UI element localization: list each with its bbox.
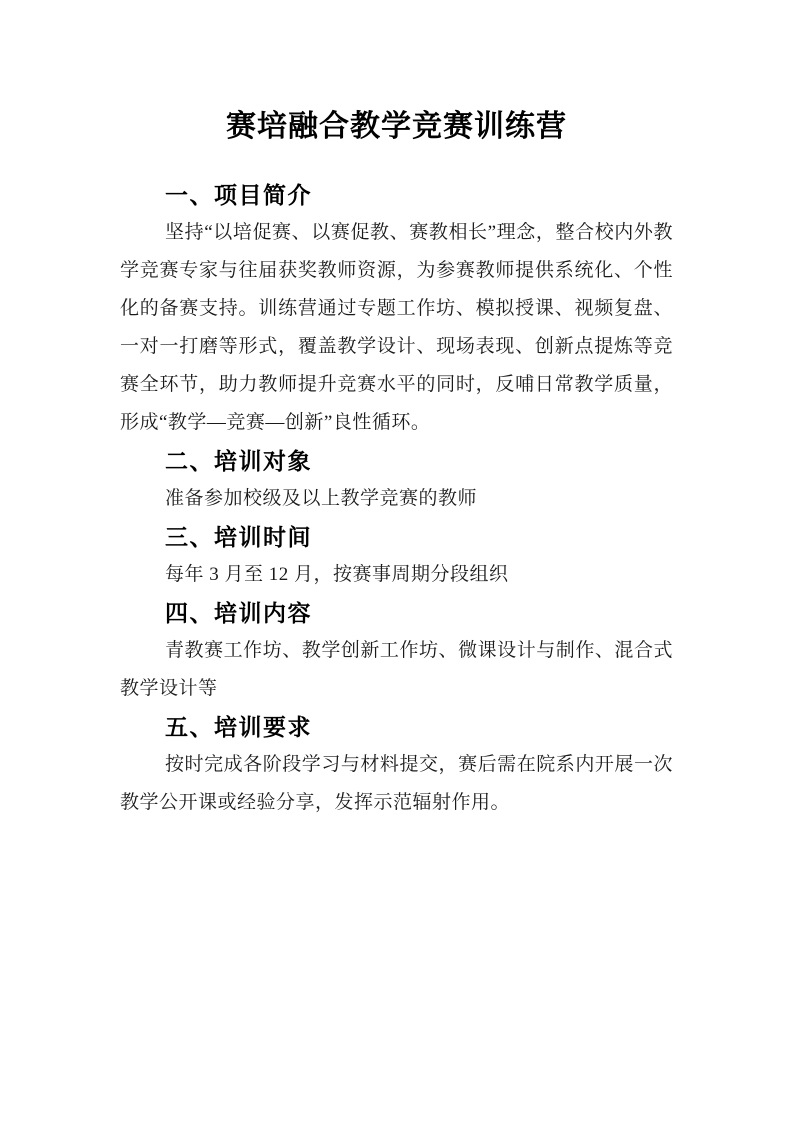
section-training-time: 三、培训时间 每年 3 月至 12 月，按赛事周期分段组织	[120, 518, 673, 594]
section-heading-5: 五、培训要求	[120, 708, 673, 746]
document-page: 赛培融合教学竞赛训练营 一、项目简介 坚持“以培促赛、以赛促教、赛教相长”理念，…	[0, 0, 793, 1122]
section-heading-3: 三、培训时间	[120, 518, 673, 556]
section-heading-4: 四、培训内容	[120, 594, 673, 632]
section-paragraph-3: 每年 3 月至 12 月，按赛事周期分段组织	[120, 556, 673, 594]
section-heading-1: 一、项目简介	[120, 176, 673, 214]
section-paragraph-4: 青教赛工作坊、教学创新工作坊、微课设计与制作、混合式教学设计等	[120, 632, 673, 708]
section-training-target: 二、培训对象 准备参加校级及以上教学竞赛的教师	[120, 442, 673, 518]
section-paragraph-5: 按时完成各阶段学习与材料提交，赛后需在院系内开展一次教学公开课或经验分享，发挥示…	[120, 746, 673, 822]
section-training-content: 四、培训内容 青教赛工作坊、教学创新工作坊、微课设计与制作、混合式教学设计等	[120, 594, 673, 708]
section-paragraph-2: 准备参加校级及以上教学竞赛的教师	[120, 480, 673, 518]
document-title: 赛培融合教学竞赛训练营	[120, 104, 673, 150]
section-heading-2: 二、培训对象	[120, 442, 673, 480]
section-paragraph-1: 坚持“以培促赛、以赛促教、赛教相长”理念，整合校内外教学竞赛专家与往届获奖教师资…	[120, 214, 673, 442]
document-body: 赛培融合教学竞赛训练营 一、项目简介 坚持“以培促赛、以赛促教、赛教相长”理念，…	[120, 104, 673, 822]
section-training-requirements: 五、培训要求 按时完成各阶段学习与材料提交，赛后需在院系内开展一次教学公开课或经…	[120, 708, 673, 822]
section-project-intro: 一、项目简介 坚持“以培促赛、以赛促教、赛教相长”理念，整合校内外教学竞赛专家与…	[120, 176, 673, 442]
